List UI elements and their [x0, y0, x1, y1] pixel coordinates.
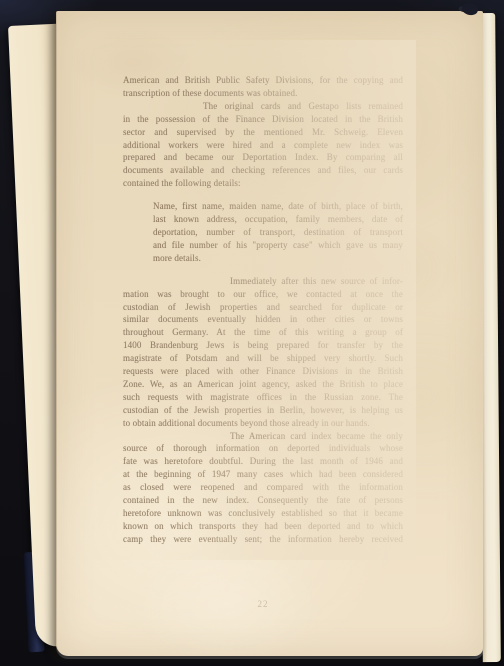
text-line: in the possession of the Finance Divisio…: [123, 113, 403, 126]
text-line: magistrate of Potsdam and will be shippe…: [123, 352, 403, 365]
text-line: contained the following details:: [123, 177, 403, 190]
text-line: camp they were eventually sent; the info…: [123, 533, 403, 546]
text-line: as closed were reopened and compared wit…: [123, 481, 403, 494]
text-line: and file number of his "property case" w…: [123, 239, 403, 252]
text-line: The original cards and Gestapo lists rem…: [123, 100, 403, 113]
text-line: 1400 Brandenburg Jews is being prepared …: [123, 339, 403, 352]
text-line: such requests with magistrate offices in…: [123, 391, 403, 404]
text-line: The American card index became the only: [123, 430, 403, 443]
text-line: American and British Public Safety Divis…: [123, 74, 403, 87]
text-line: more details.: [123, 252, 403, 265]
text-line: last known address, occupation, family m…: [123, 213, 403, 226]
text-line: prepared and became our Deportation Inde…: [123, 151, 403, 164]
page-text: American and British Public Safety Divis…: [123, 74, 403, 546]
text-line: deportation, number of transport, destin…: [123, 226, 403, 239]
text-line: custodian of Jewish properties and searc…: [123, 301, 403, 314]
text-line: Zone. We, as an American joint agency, a…: [123, 378, 403, 391]
text-line: requests were placed with other Finance …: [123, 365, 403, 378]
text-line: at the beginning of 1947 many cases whic…: [123, 468, 403, 481]
scanned-page: American and British Public Safety Divis…: [56, 11, 483, 656]
page-number: 22: [123, 599, 403, 609]
text-line: additional workers were hired and a comp…: [123, 139, 403, 152]
text-line: Name, first name, maiden name, date of b…: [123, 200, 403, 213]
text-line: sector and supervised by the mentioned M…: [123, 126, 403, 139]
text-line: to obtain additional documents beyond th…: [123, 417, 403, 430]
text-line: throughout Germany. At the time of this …: [123, 326, 403, 339]
text-line: source of thorough information on deport…: [123, 442, 403, 455]
text-line: known on which transports they had been …: [123, 520, 403, 533]
text-line: fate was heretofore doubtful. During the…: [123, 455, 403, 468]
text-line: similar documents eventually hidden in o…: [123, 313, 403, 326]
text-line: custodian of the Jewish properties in Be…: [123, 404, 403, 417]
text-line: contained in the new index. Consequently…: [123, 494, 403, 507]
text-line: mation was brought to our office, we con…: [123, 288, 403, 301]
text-line: transcription of these documents was obt…: [123, 87, 403, 100]
text-line: documents available and checking referen…: [123, 164, 403, 177]
text-line: Immediately after this new source of inf…: [123, 275, 403, 288]
text-line: heretofore unknown was conclusively esta…: [123, 507, 403, 520]
